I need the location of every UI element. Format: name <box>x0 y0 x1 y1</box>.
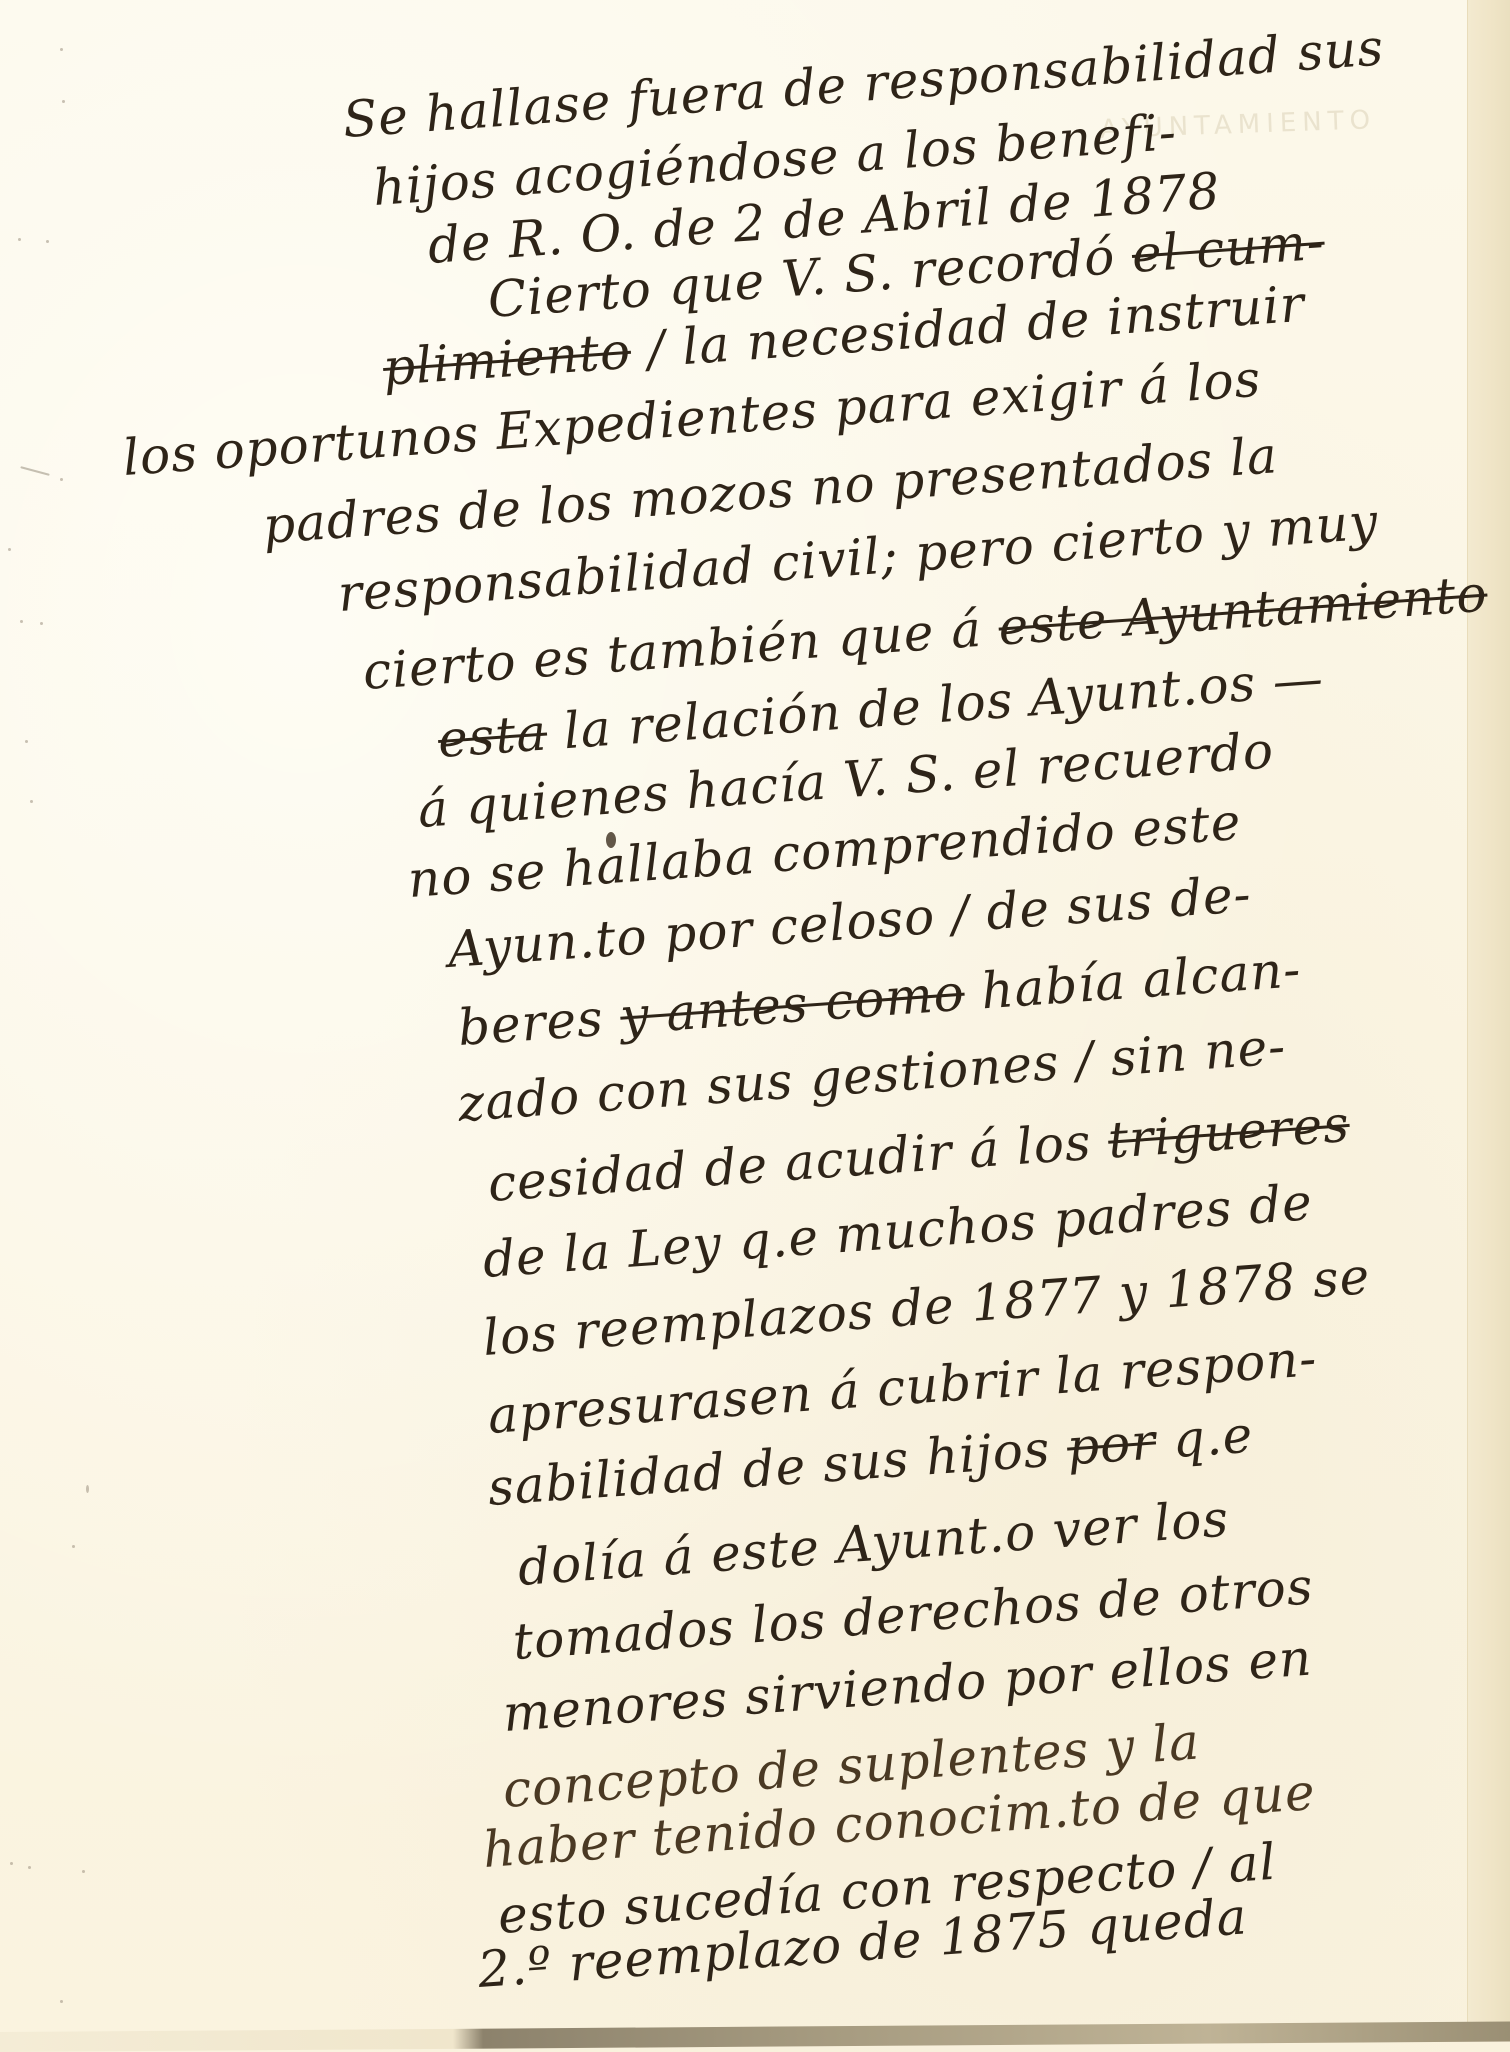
struck-text-segment: plimiento <box>381 322 633 397</box>
ink-speck <box>60 2000 63 2003</box>
ink-speck <box>28 1866 31 1869</box>
struck-text-segment: por <box>1065 1412 1158 1476</box>
ink-speck <box>20 620 23 623</box>
ink-speck <box>60 478 63 481</box>
text-segment: había alcan- <box>962 940 1303 1021</box>
ink-speck <box>46 240 49 243</box>
text-segment: beres <box>456 988 622 1057</box>
ink-speck <box>10 1862 13 1865</box>
ink-speck <box>72 1545 75 1548</box>
struck-text-segment: este Ayuntamiento <box>997 565 1490 657</box>
scan-bottom-strip <box>0 2021 1510 2052</box>
margin-mark <box>20 466 49 476</box>
ink-speck <box>60 48 63 51</box>
ink-speck <box>8 548 11 551</box>
text-segment: q.e <box>1154 1406 1255 1471</box>
page-right-edge <box>1467 0 1510 2040</box>
struck-text-segment: esta <box>436 704 549 769</box>
ink-speck <box>40 622 43 625</box>
ink-speck <box>82 1870 85 1873</box>
struck-text-segment: el cum- <box>1130 213 1327 284</box>
ink-speck <box>18 238 21 241</box>
struck-text-segment: y antes como <box>618 964 966 1046</box>
ink-speck <box>62 100 65 103</box>
ink-speck <box>25 740 28 743</box>
ink-speck <box>30 800 33 803</box>
manuscript-page: AYUNTAMIENTO Se hallase fuera de respons… <box>0 0 1510 2052</box>
ink-speck <box>86 1485 89 1493</box>
struck-text-segment: trigueres <box>1106 1095 1351 1170</box>
